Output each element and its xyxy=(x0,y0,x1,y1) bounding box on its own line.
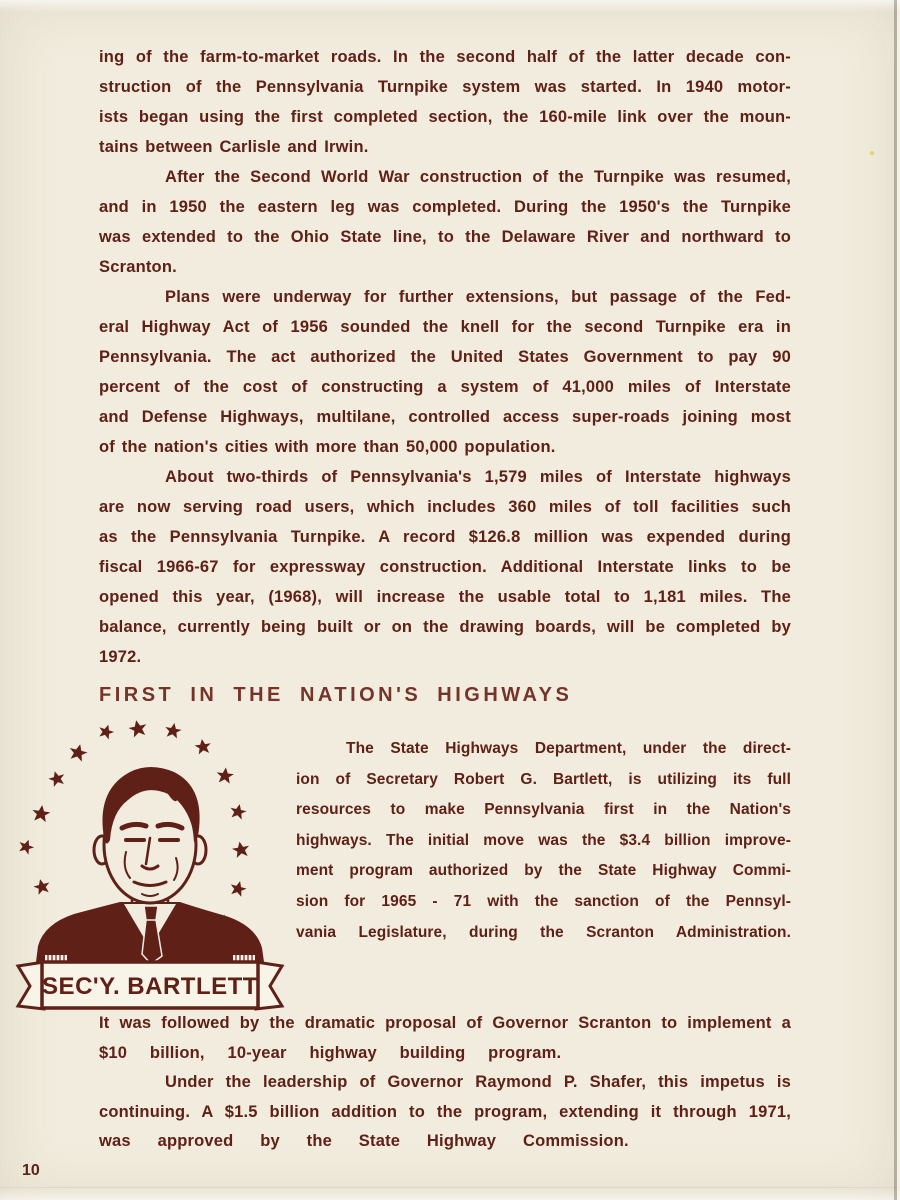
star-icon xyxy=(228,879,248,897)
text-line: was approved by the State Highway Commis… xyxy=(99,1127,791,1157)
text-line: Scranton. xyxy=(99,252,791,282)
star-icon xyxy=(194,738,212,755)
ribbon-left-tail xyxy=(18,962,44,1009)
text-line: Pennsylvania. The act authorized the Uni… xyxy=(99,342,791,372)
text-line: are now serving road users, which includ… xyxy=(99,492,791,522)
star-icon xyxy=(17,837,36,855)
star-icon xyxy=(229,802,248,820)
text-line: Plans were underway for further extensio… xyxy=(99,282,791,312)
banner-label: SEC'Y. BARTLETT xyxy=(42,973,258,1000)
bottom-text-column: It was followed by the dramatic proposal… xyxy=(99,1009,791,1157)
text-line: percent of the cost of constructing a sy… xyxy=(99,372,791,402)
text-line: was extended to the Ohio State line, to … xyxy=(99,222,791,252)
text-line: About two-thirds of Pennsylvania's 1,579… xyxy=(99,462,791,492)
portrait-svg: SEC'Y. BARTLETT xyxy=(8,710,300,1012)
text-line: and Defense Highways, multilane, control… xyxy=(99,402,791,432)
text-line: ion of Secretary Robert G. Bartlett, is … xyxy=(296,765,791,796)
paragraph-shafer-addition: Under the leadership of Governor Raymond… xyxy=(99,1068,791,1157)
text-line: resources to make Pennsylvania first in … xyxy=(296,795,791,826)
star-icon xyxy=(97,722,116,740)
scanned-page: ing of the farm-to-market roads. In the … xyxy=(0,0,900,1200)
text-line: ing of the farm-to-market roads. In the … xyxy=(99,42,791,72)
text-line: tains between Carlisle and Irwin. xyxy=(99,132,791,162)
text-line: and in 1950 the eastern leg was complete… xyxy=(99,192,791,222)
paragraph-federal-highway-act: Plans were underway for further extensio… xyxy=(99,282,791,462)
ribbon-right-tail xyxy=(256,962,282,1009)
bartlett-portrait-illustration: SEC'Y. BARTLETT xyxy=(8,710,300,1012)
star-icon xyxy=(164,722,183,739)
text-line: eral Highway Act of 1956 sounded the kne… xyxy=(99,312,791,342)
text-line: ists began using the first completed sec… xyxy=(99,102,791,132)
text-line: After the Second World War construction … xyxy=(99,162,791,192)
text-line: It was followed by the dramatic proposal… xyxy=(99,1009,791,1039)
scan-speck xyxy=(870,151,874,155)
text-line: 1972. xyxy=(99,642,791,672)
paragraph-postwar-turnpike: After the Second World War construction … xyxy=(99,162,791,282)
scan-edge-right-line xyxy=(894,0,897,1200)
main-text-column: ing of the farm-to-market roads. In the … xyxy=(99,42,791,672)
star-icon xyxy=(67,742,89,762)
text-line: Under the leadership of Governor Raymond… xyxy=(99,1068,791,1098)
ribbon-banner: SEC'Y. BARTLETT xyxy=(18,954,282,1009)
paragraph-farm-to-market: ing of the farm-to-market roads. In the … xyxy=(99,42,791,162)
text-line: sion for 1965 - 71 with the sanction of … xyxy=(296,887,791,918)
star-icon xyxy=(127,718,148,738)
star-icon xyxy=(32,877,51,895)
text-line: struction of the Pennsylvania Turnpike s… xyxy=(99,72,791,102)
scan-edge-bottom xyxy=(0,1187,900,1200)
bust xyxy=(36,767,264,964)
text-line: balance, currently being built or on the… xyxy=(99,612,791,642)
text-line: $10 billion, 10-year highway building pr… xyxy=(99,1039,791,1069)
text-line: as the Pennsylvania Turnpike. A record $… xyxy=(99,522,791,552)
text-line: The State Highways Department, under the… xyxy=(296,734,791,765)
star-icon xyxy=(31,804,51,823)
section-heading: FIRST IN THE NATION'S HIGHWAYS xyxy=(99,684,572,707)
text-line: opened this year, (1968), will increase … xyxy=(99,582,791,612)
star-icon xyxy=(231,840,251,858)
figure-text-column: The State Highways Department, under the… xyxy=(296,734,791,948)
paragraph-interstate-miles: About two-thirds of Pennsylvania's 1,579… xyxy=(99,462,791,672)
scan-edge-top xyxy=(0,0,900,12)
page-number: 10 xyxy=(22,1162,40,1180)
text-line: continuing. A $1.5 billion addition to t… xyxy=(99,1098,791,1128)
text-line: fiscal 1966-67 for expressway constructi… xyxy=(99,552,791,582)
star-icon xyxy=(216,767,235,784)
text-line: vania Legislature, during the Scranton A… xyxy=(296,918,791,949)
paragraph-scranton-proposal: It was followed by the dramatic proposal… xyxy=(99,1009,791,1068)
text-line: highways. The initial move was the $3.4 … xyxy=(296,826,791,857)
star-icon xyxy=(47,769,67,788)
text-line: of the nation's cities with more than 50… xyxy=(99,432,791,462)
text-line: ment program authorized by the State Hig… xyxy=(296,856,791,887)
